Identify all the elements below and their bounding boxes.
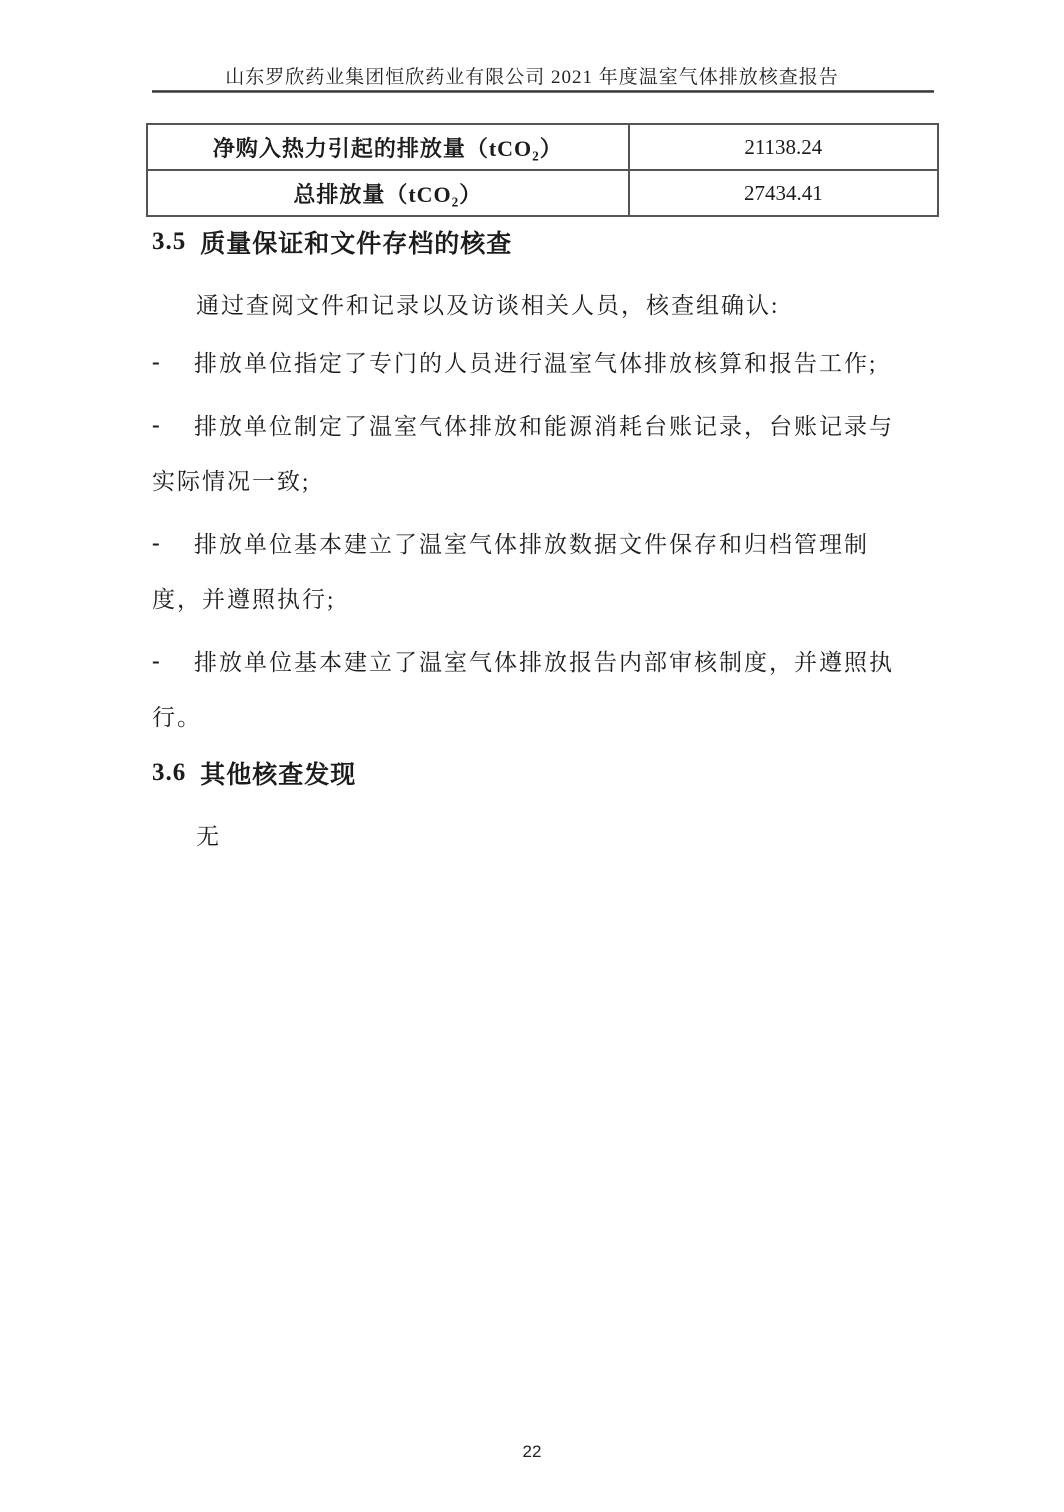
bullet-dash: -	[152, 412, 194, 438]
section-number: 3.5	[152, 228, 186, 256]
bullet-text: 排放单位制定了温室气体排放和能源消耗台账记录，台账记录与	[194, 408, 894, 441]
bullet-text: 行。	[152, 699, 202, 732]
header-rule	[152, 90, 934, 93]
bullet-text: 排放单位指定了专门的人员进行温室气体排放核算和报告工作;	[194, 345, 877, 378]
bullet-dash: -	[152, 648, 194, 674]
table-row-label: 总排放量（tCO₂）	[147, 170, 629, 216]
document-body: 3.5 质量保证和文件存档的核查 通过查阅文件和记录以及访谈相关人员，核查组确认…	[0, 212, 1064, 862]
header-title: 山东罗欣药业集团恒欣药业有限公司 2021 年度温室气体排放核查报告	[0, 62, 1064, 89]
table-row-label: 净购入热力引起的排放量（tCO₂）	[147, 124, 629, 170]
table-row: 净购入热力引起的排放量（tCO₂） 21138.24	[147, 124, 938, 170]
bullet-dash: -	[152, 349, 194, 375]
bullet-item-3: - 排放单位基本建立了温室气体排放数据文件保存和归档管理制	[152, 515, 934, 570]
table-row-value: 21138.24	[629, 124, 938, 170]
bullet-item-2-continuation: 实际情况一致;	[152, 452, 934, 507]
bullet-item-2: - 排放单位制定了温室气体排放和能源消耗台账记录，台账记录与	[152, 397, 934, 452]
bullet-item-4: - 排放单位基本建立了温室气体排放报告内部审核制度，并遵照执	[152, 633, 934, 688]
bullet-item-3-continuation: 度，并遵照执行;	[152, 570, 934, 625]
emissions-table: 净购入热力引起的排放量（tCO₂） 21138.24 总排放量（tCO₂） 27…	[146, 123, 939, 217]
table-row: 总排放量（tCO₂） 27434.41	[147, 170, 938, 216]
section-title: 质量保证和文件存档的核查	[200, 224, 512, 260]
bullet-text: 实际情况一致;	[152, 463, 310, 496]
bullet-item-4-continuation: 行。	[152, 688, 934, 743]
bullet-text: 排放单位基本建立了温室气体排放数据文件保存和归档管理制	[194, 526, 869, 559]
bullet-dash: -	[152, 530, 194, 556]
section-heading-3-6: 3.6 其他核查发现	[152, 755, 934, 791]
section-heading-3-5: 3.5 质量保证和文件存档的核查	[152, 224, 934, 260]
document-page: 山东罗欣药业集团恒欣药业有限公司 2021 年度温室气体排放核查报告 净购入热力…	[0, 0, 1064, 1512]
bullet-text: 排放单位基本建立了温室气体排放报告内部审核制度，并遵照执	[194, 644, 894, 677]
section-number: 3.6	[152, 759, 186, 787]
none-paragraph: 无	[152, 807, 934, 862]
table-row-value: 27434.41	[629, 170, 938, 216]
section-title: 其他核查发现	[200, 755, 356, 791]
page-number: 22	[0, 1442, 1064, 1462]
intro-paragraph: 通过查阅文件和记录以及访谈相关人员，核查组确认:	[152, 276, 934, 331]
bullet-text: 度，并遵照执行;	[152, 581, 335, 614]
bullet-item-1: - 排放单位指定了专门的人员进行温室气体排放核算和报告工作;	[152, 334, 934, 389]
